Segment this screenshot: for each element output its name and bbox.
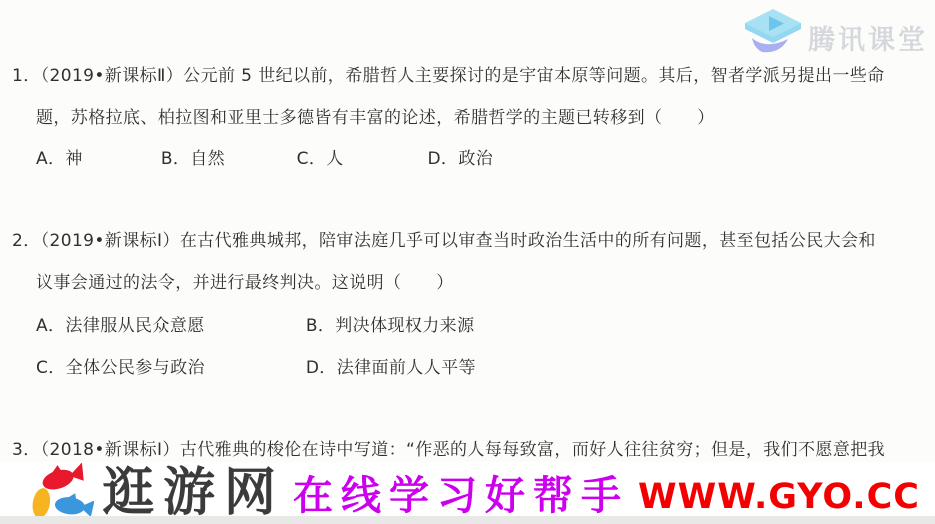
question-2-line-2: 议事会通过的法令，并进行最终判决。这说明（ ）	[36, 269, 931, 297]
bottom-gray-strip	[0, 516, 935, 524]
question-2-option-a: A．法律服从民众意愿	[36, 312, 300, 340]
question-2-option-d: D．法律面前人人平等	[306, 354, 476, 382]
question-2-option-c: C．全体公民参与政治	[36, 354, 300, 382]
question-1-line-2: 题，苏格拉底、柏拉图和亚里士多德皆有丰富的论述，希腊哲学的主题已转移到（ ）	[36, 104, 931, 132]
tencent-classroom-logo-icon	[744, 8, 802, 56]
question-1-option-a: A．神	[36, 145, 155, 173]
lecture-slide: 腾讯课堂 1．（2019•新课标Ⅱ）公元前 5 世纪以前，希腊哲人主要探讨的是宇…	[0, 0, 935, 524]
three-fish-logo-icon	[24, 463, 94, 524]
tencent-classroom-brand-text: 腾讯课堂	[808, 18, 928, 57]
question-1-options: A．神 B．自然 C．人 D．政治	[36, 145, 931, 173]
question-1-option-d: D．政治	[427, 145, 493, 173]
tencent-classroom-watermark: 腾讯课堂	[738, 6, 935, 56]
banner-slogan: 在线学习好帮手	[293, 475, 629, 517]
blue-fish	[54, 491, 94, 517]
question-3-line-1: 3．（2018•新课标Ⅰ）古代雅典的梭伦在诗中写道：“作恶的人每每致富，而好人往…	[12, 436, 931, 464]
banner-site-name: 逛游网	[102, 466, 285, 520]
question-2-line-1: 2．（2019•新课标Ⅰ）在古代雅典城邦，陪审法庭几乎可以审查当时政治生活中的所…	[12, 227, 931, 255]
red-fish	[39, 463, 88, 493]
ad-banner: 逛游网 在线学习好帮手 WWW.GYO.CC	[0, 462, 935, 524]
question-1-line-1: 1．（2019•新课标Ⅱ）公元前 5 世纪以前，希腊哲人主要探讨的是宇宙本原等问…	[12, 62, 931, 90]
question-1-option-b: B．自然	[161, 145, 291, 173]
question-2-option-b: B．判决体现权力来源	[306, 312, 475, 340]
question-2-options-row-1: A．法律服从民众意愿 B．判决体现权力来源	[36, 312, 931, 340]
question-2-options-row-2: C．全体公民参与政治 D．法律面前人人平等	[36, 354, 931, 382]
question-1-option-c: C．人	[297, 145, 422, 173]
banner-site-url: WWW.GYO.CC	[638, 479, 920, 515]
